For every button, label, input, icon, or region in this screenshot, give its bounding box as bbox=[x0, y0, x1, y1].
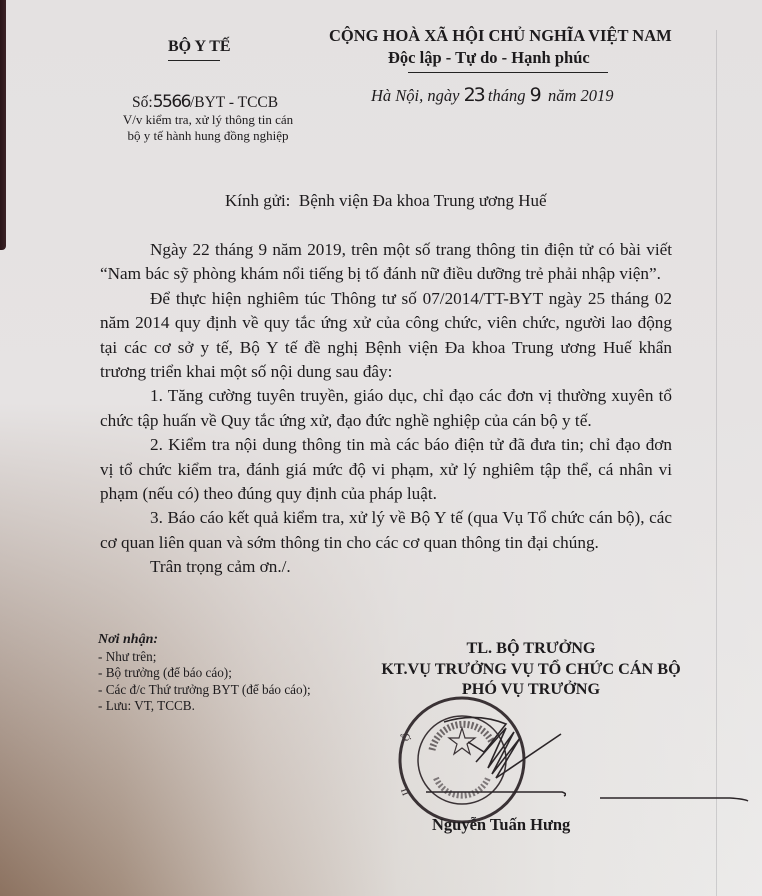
date-month-label: tháng bbox=[484, 86, 530, 105]
recipients-list: Nơi nhận: - Như trên; - Bộ trưởng (để bá… bbox=[98, 632, 311, 715]
date-prefix: Hà Nội, ngày bbox=[371, 86, 464, 105]
recipient-item: - Lưu: VT, TCCB. bbox=[98, 698, 311, 715]
issuing-agency: BỘ Y TẾ bbox=[168, 38, 231, 56]
addressee: Kính gửi: Bệnh viện Đa khoa Trung ương H… bbox=[225, 191, 547, 211]
body-paragraph: Để thực hiện nghiêm túc Thông tư số 07/2… bbox=[100, 287, 672, 385]
signature-underline-extension bbox=[600, 789, 750, 795]
body-paragraph: 2. Kiểm tra nội dung thông tin mà các bá… bbox=[100, 433, 672, 506]
number-handwritten: 5566 bbox=[153, 92, 190, 112]
agency-underline bbox=[168, 60, 220, 61]
signature-title-2: KT.VỤ TRƯỞNG VỤ TỔ CHỨC CÁN BỘ bbox=[364, 659, 698, 680]
letter-body: Ngày 22 tháng 9 năm 2019, trên một số tr… bbox=[100, 238, 672, 580]
motto-underline bbox=[408, 72, 608, 73]
national-title: CỘNG HOÀ XÃ HỘI CHỦ NGHĨA VIỆT NAM bbox=[329, 26, 672, 46]
national-motto: Độc lập - Tự do - Hạnh phúc bbox=[388, 48, 590, 68]
signer-name: Nguyễn Tuấn Hưng bbox=[432, 815, 570, 835]
closing-line: Trân trọng cảm ơn./. bbox=[100, 555, 672, 579]
number-suffix: /BYT - TCCB bbox=[190, 94, 278, 111]
document-number: Số:5566/BYT - TCCB bbox=[132, 92, 278, 112]
recipient-item: - Bộ trưởng (để báo cáo); bbox=[98, 665, 311, 682]
date-year: năm 2019 bbox=[540, 86, 614, 105]
recipient-item: - Các đ/c Thứ trưởng BYT (để báo cáo); bbox=[98, 682, 311, 699]
issue-date: Hà Nội, ngày 23 tháng 9 năm 2019 bbox=[371, 84, 614, 106]
recipients-title: Nơi nhận: bbox=[98, 632, 311, 649]
recipient-item: - Như trên; bbox=[98, 649, 311, 666]
document-subject: V/v kiểm tra, xử lý thông tin cán bộ y t… bbox=[108, 112, 308, 144]
body-paragraph: Ngày 22 tháng 9 năm 2019, trên một số tr… bbox=[100, 238, 672, 287]
paper-fold-line bbox=[716, 30, 717, 896]
signature-title-1: TL. BỘ TRƯỞNG bbox=[364, 638, 698, 659]
subject-line-2: bộ y tế hành hung đồng nghiệp bbox=[108, 128, 308, 144]
official-seal-icon: Ộ II bbox=[396, 682, 566, 832]
date-month: 9 bbox=[530, 84, 540, 106]
date-day: 23 bbox=[464, 84, 484, 106]
number-prefix: Số: bbox=[132, 94, 153, 111]
body-paragraph: 3. Báo cáo kết quả kiểm tra, xử lý về Bộ… bbox=[100, 506, 672, 555]
body-paragraph: 1. Tăng cường tuyên truyền, giáo dục, ch… bbox=[100, 384, 672, 433]
subject-line-1: V/v kiểm tra, xử lý thông tin cán bbox=[108, 112, 308, 128]
